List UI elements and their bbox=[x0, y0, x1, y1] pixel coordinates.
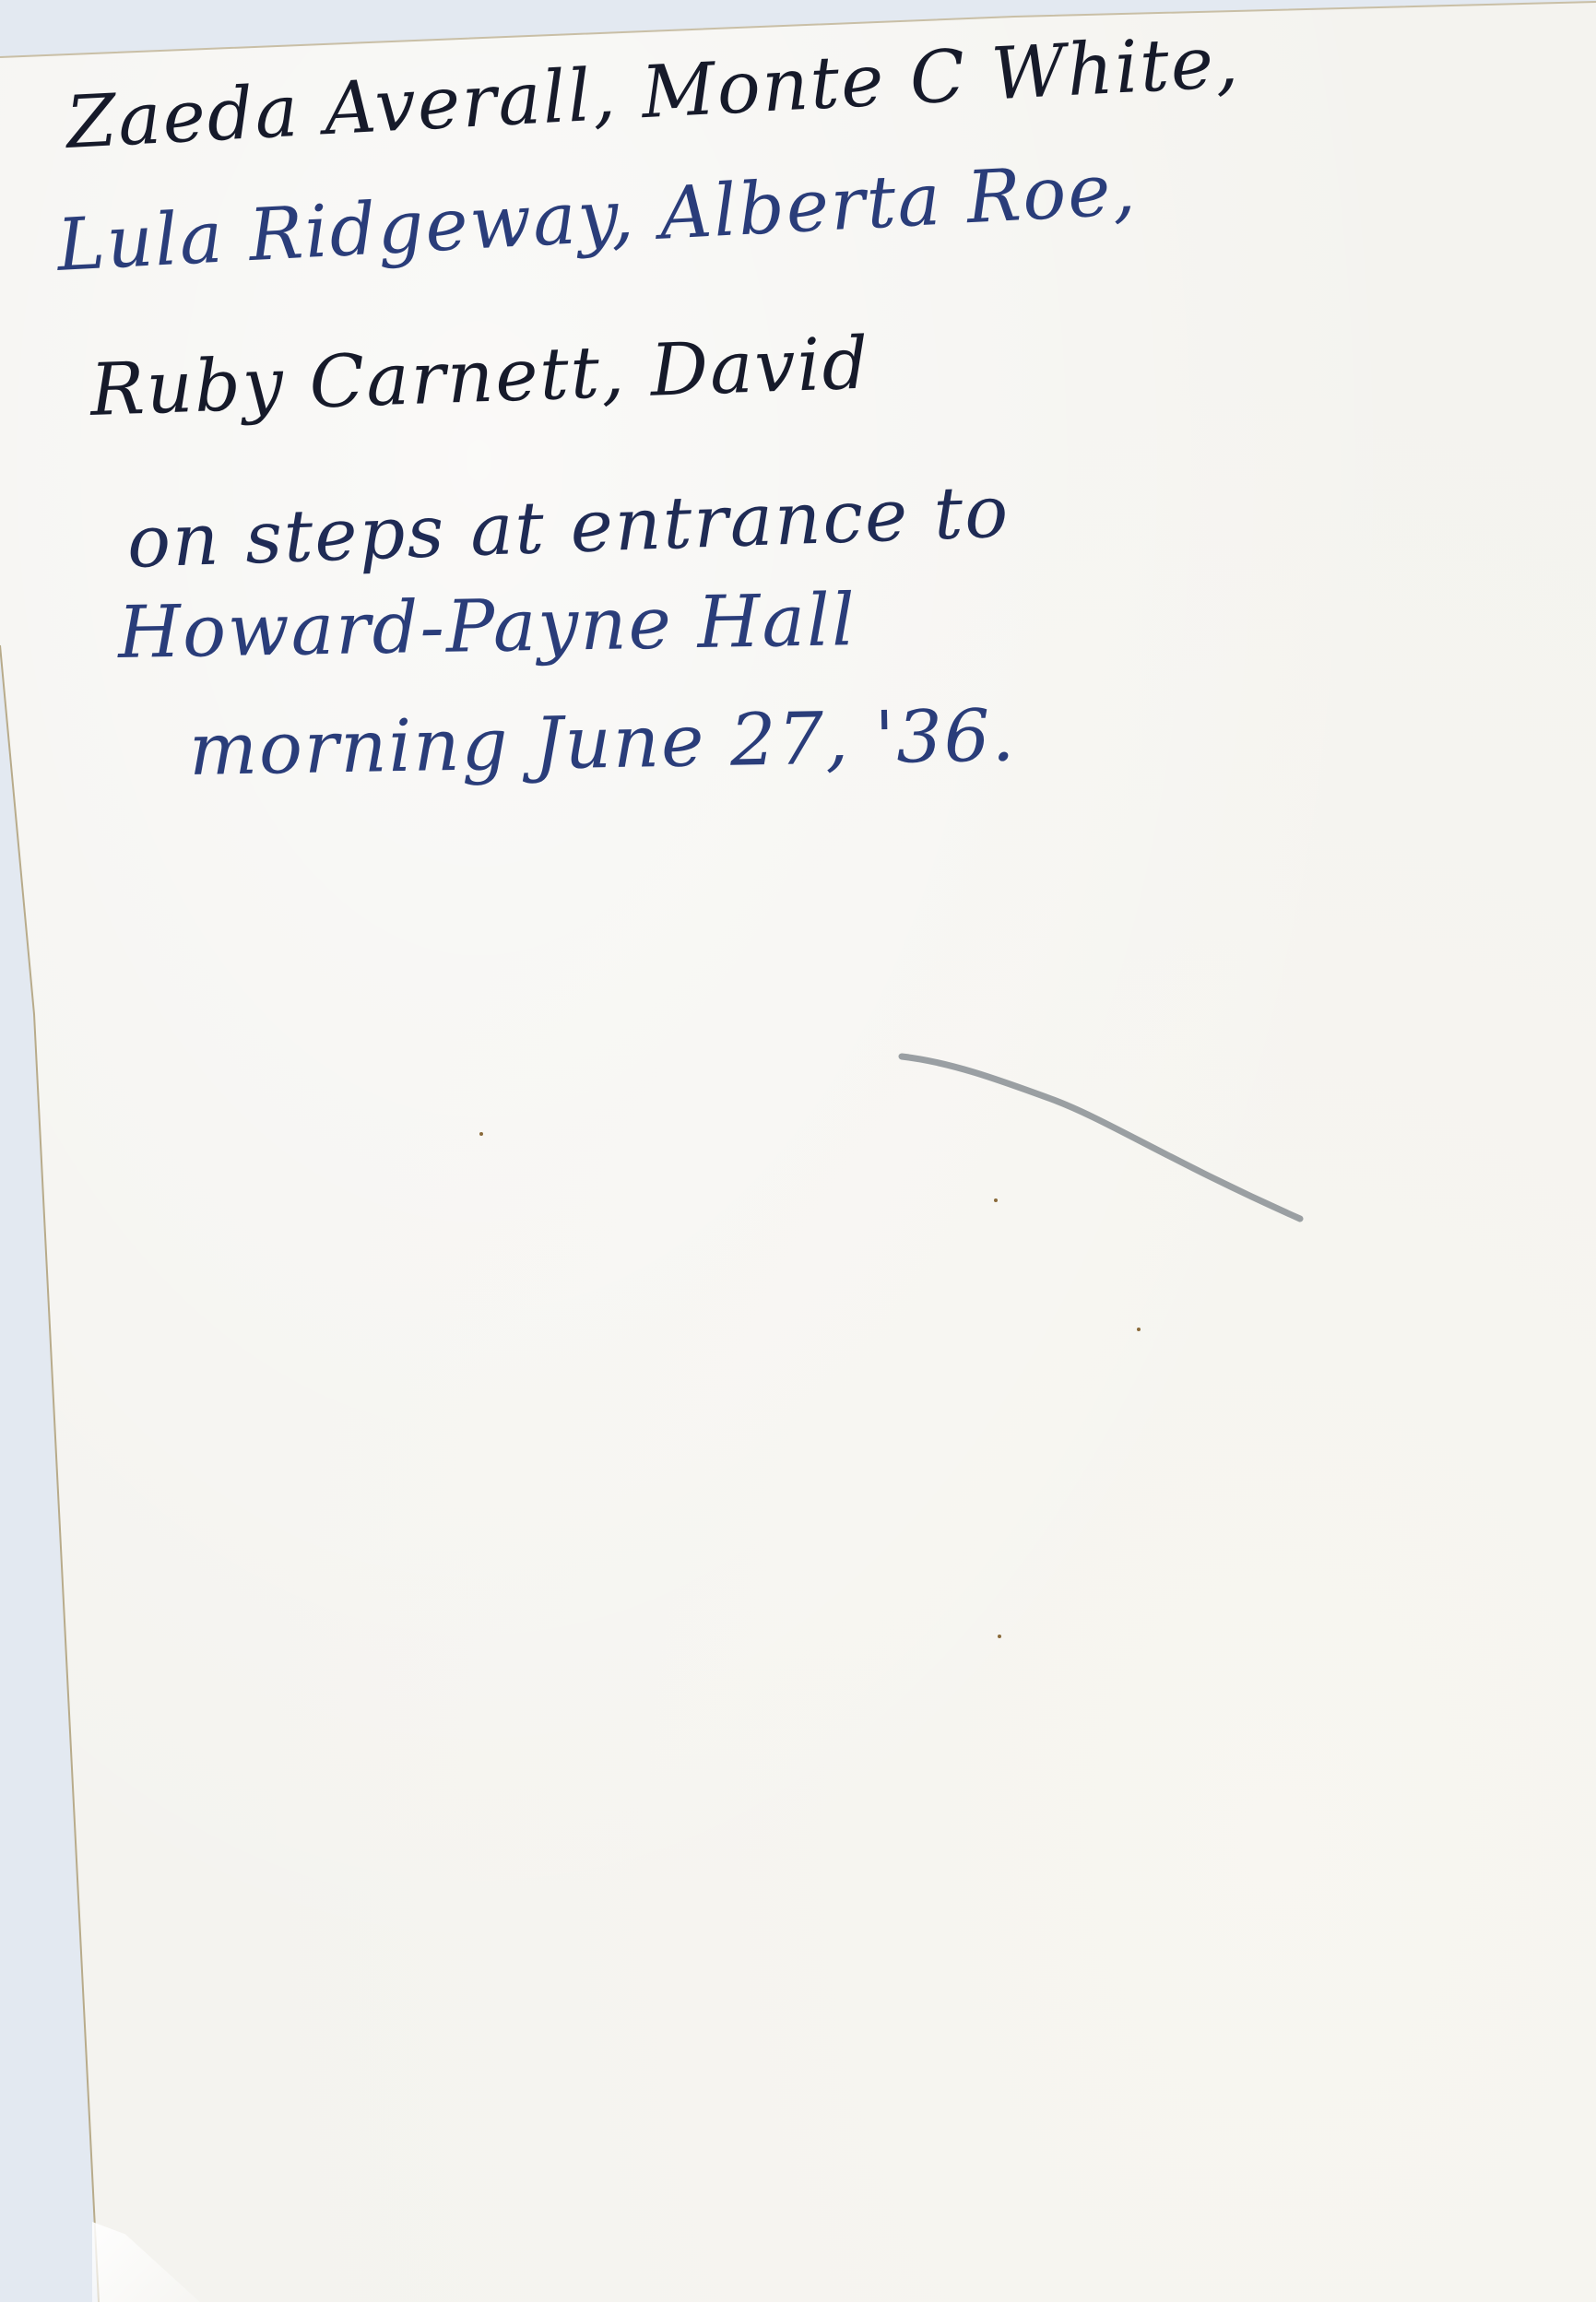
caption-line-5: Howard-Payne Hall bbox=[117, 584, 857, 669]
paper-speck bbox=[479, 1132, 483, 1136]
caption-line-4: on steps at entrance to bbox=[126, 477, 1011, 579]
caption-line-1: Zaeda Averall, Monte C White, bbox=[65, 26, 1242, 159]
paper-speck bbox=[998, 1635, 1001, 1638]
caption-line-3: Ruby Carnett, David bbox=[89, 328, 871, 427]
paper-speck bbox=[994, 1198, 998, 1202]
caption-line-6: morning June 27, '36. bbox=[188, 700, 1017, 786]
handwritten-caption: Zaeda Averall, Monte C White, Lula Ridge… bbox=[0, 0, 1596, 2302]
pencil-stroke-icon bbox=[894, 1042, 1309, 1235]
paper-speck bbox=[1137, 1328, 1141, 1331]
caption-line-2: Lula Ridgeway, Alberta Roe, bbox=[55, 154, 1139, 282]
